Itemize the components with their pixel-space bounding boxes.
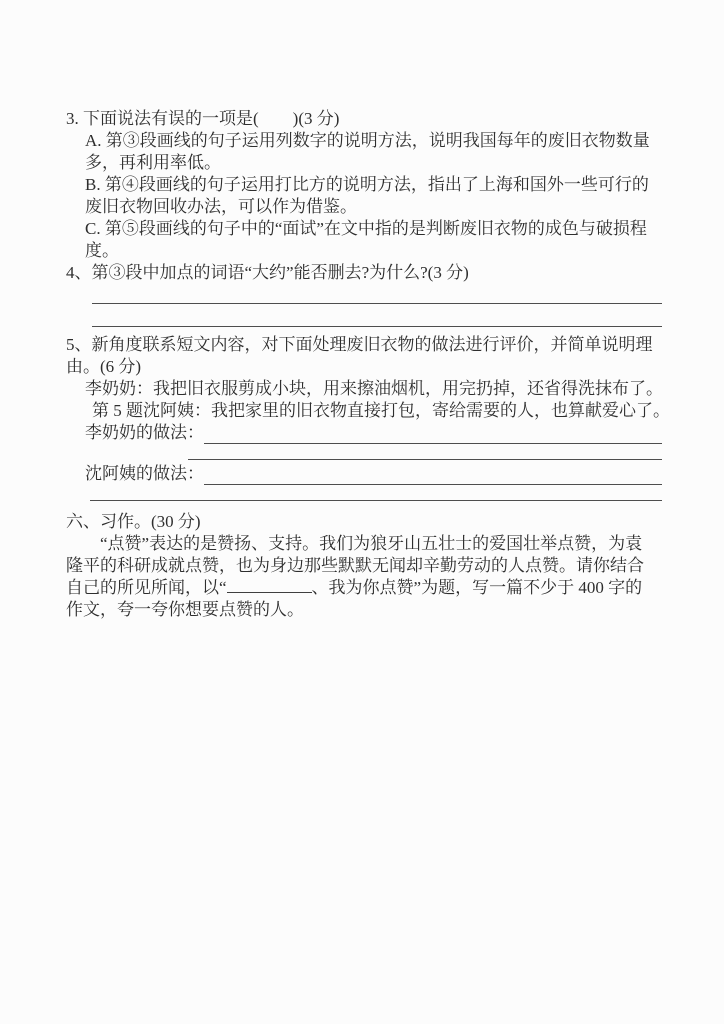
q4-answer-line-2 bbox=[92, 326, 662, 327]
q3-option-b: B. 第④段画线的句子运用打比方的说明方法，指出了上海和国外一些可行的废旧衣物回… bbox=[66, 174, 662, 218]
q5-answer-line-li-1 bbox=[204, 422, 662, 444]
q6-heading: 六、习作。(30 分) bbox=[66, 511, 662, 533]
q5-answer-row-shen: 沈阿姨的做法： bbox=[66, 463, 662, 487]
question-4: 4、第③段中加点的词语“大约”能否删去?为什么?(3 分) bbox=[66, 262, 662, 327]
question-3: 3. 下面说法有误的一项是( )(3 分) A. 第③段画线的句子运用列数字的说… bbox=[66, 108, 662, 262]
q6-essay-prompt: “点赞”表达的是赞扬、支持。我们为狼牙山五壮士的爱国壮举点赞，为袁隆平的科研成就… bbox=[66, 533, 656, 621]
q5-answer-label-shen: 沈阿姨的做法： bbox=[85, 463, 204, 487]
exam-page: 3. 下面说法有误的一项是( )(3 分) A. 第③段画线的句子运用列数字的说… bbox=[0, 0, 724, 1024]
question-6: 六、习作。(30 分) “点赞”表达的是赞扬、支持。我们为狼牙山五壮士的爱国壮举… bbox=[66, 511, 662, 621]
q3-option-a: A. 第③段画线的句子运用列数字的说明方法，说明我国每年的废旧衣物数量多，再利用… bbox=[66, 130, 662, 174]
q5-statement-grandma-li: 李奶奶：我把旧衣服剪成小块，用来擦油烟机，用完扔掉，还省得洗抹布了。 bbox=[66, 378, 662, 400]
q4-stem: 4、第③段中加点的词语“大约”能否删去?为什么?(3 分) bbox=[66, 262, 662, 284]
q5-answer-line-shen-1 bbox=[204, 463, 662, 485]
q5-stem: 5、新角度联系短文内容，对下面处理废旧衣物的做法进行评价，并简单说明理由。(6 … bbox=[66, 334, 662, 378]
q3-option-c: C. 第⑤段画线的句子中的“面试”在文中指的是判断废旧衣物的成色与破损程度。 bbox=[66, 218, 662, 262]
q5-statement-aunt-shen: 第 5 题沈阿姨：我把家里的旧衣物直接打包，寄给需要的人，也算献爱心了。 bbox=[66, 400, 662, 422]
q6-title-blank bbox=[227, 578, 312, 593]
question-5: 5、新角度联系短文内容，对下面处理废旧衣物的做法进行评价，并简单说明理由。(6 … bbox=[66, 334, 662, 501]
q5-answer-line-li-2 bbox=[188, 459, 662, 460]
q5-answer-row-li: 李奶奶的做法： bbox=[66, 422, 662, 446]
q5-answer-label-li: 李奶奶的做法： bbox=[85, 422, 204, 446]
q4-answer-line-1 bbox=[92, 303, 662, 304]
q5-answer-line-shen-2 bbox=[90, 500, 662, 501]
exam-content: 3. 下面说法有误的一项是( )(3 分) A. 第③段画线的句子运用列数字的说… bbox=[66, 108, 662, 621]
q3-stem: 3. 下面说法有误的一项是( )(3 分) bbox=[66, 108, 662, 130]
